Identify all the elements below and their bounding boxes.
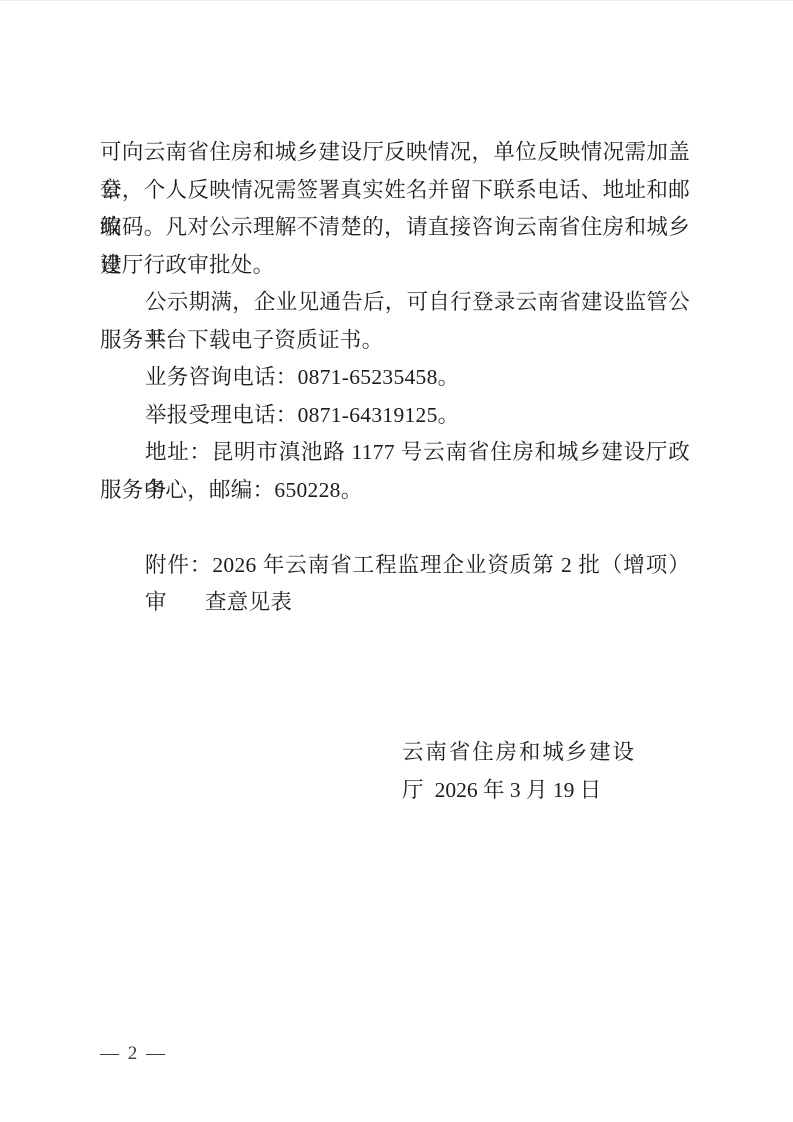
paragraph-feedback-line: 可向云南省住房和城乡建设厅反映情况，单位反映情况需加盖公 [100,134,690,172]
paragraph-feedback-line: 设厅行政审批处。 [100,247,690,285]
page-number: — 2 — [100,1039,167,1069]
attachment-line: 查意见表 [100,584,690,622]
document-page: 可向云南省住房和城乡建设厅反映情况，单位反映情况需加盖公 章，个人反映情况需签署… [0,0,793,1122]
attachment-line: 附件：2026 年云南省工程监理企业资质第 2 批（增项）审 [100,547,690,585]
paragraph-feedback-line: 章，个人反映情况需签署真实姓名并留下联系电话、地址和邮政 [100,172,690,210]
document-body: 可向云南省住房和城乡建设厅反映情况，单位反映情况需加盖公 章，个人反映情况需签署… [100,134,690,622]
address-line: 地址：昆明市滇池路 1177 号云南省住房和城乡建设厅政务 [100,434,690,472]
report-phone-line: 举报受理电话：0871-64319125。 [100,397,690,435]
business-phone-line: 业务咨询电话：0871-65235458。 [100,359,690,397]
paragraph-certificate-line: 服务平台下载电子资质证书。 [100,322,690,360]
paragraph-certificate-line: 公示期满，企业见通告后，可自行登录云南省建设监管公共 [100,284,690,322]
paragraph-feedback-line: 编码。凡对公示理解不清楚的，请直接咨询云南省住房和城乡建 [100,209,690,247]
signature-date: 2026 年 3 月 19 日 [402,772,634,810]
signature-block: 云南省住房和城乡建设厅 2026 年 3 月 19 日 [402,734,634,809]
address-line: 服务中心，邮编：650228。 [100,472,690,510]
spacer [100,509,690,547]
signature-organization: 云南省住房和城乡建设厅 [402,734,634,772]
